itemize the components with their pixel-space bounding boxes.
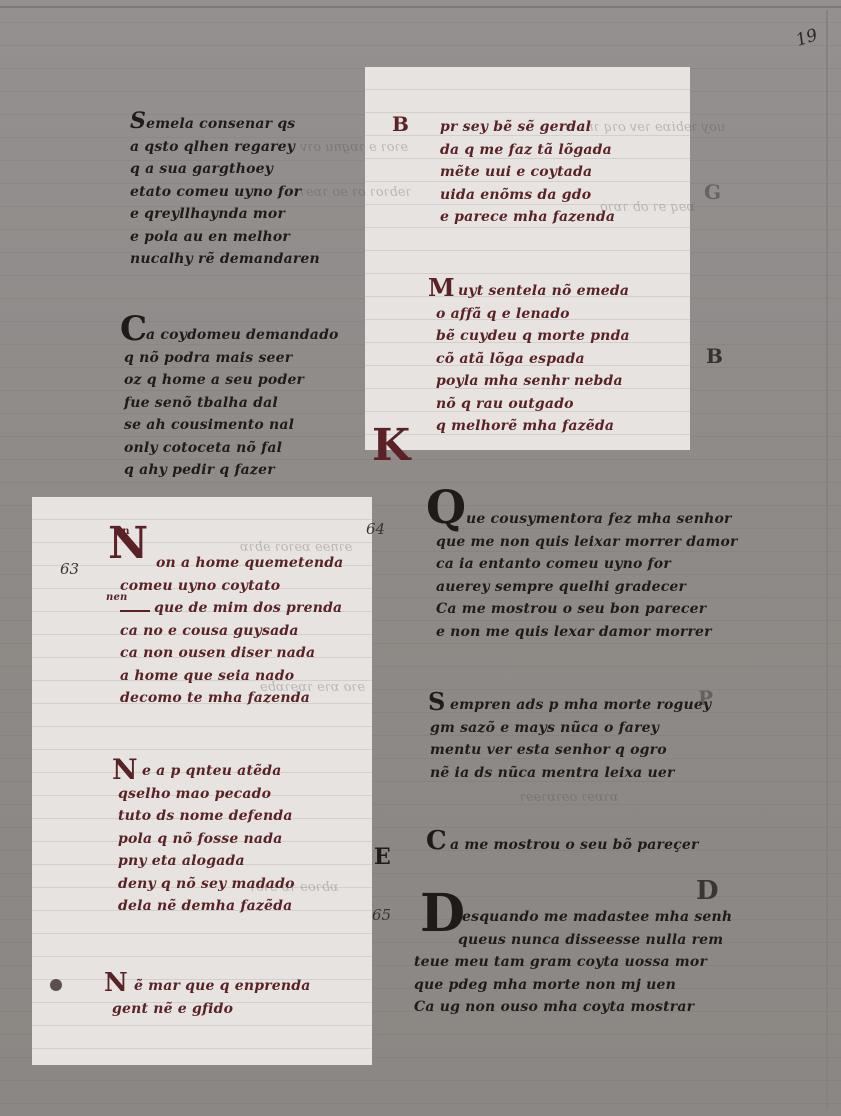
verse-line: teue meu tam gram coyta uossa mor xyxy=(414,951,732,974)
verse-line: a home que seia nado xyxy=(120,665,343,688)
verse-line: nucalhy rẽ demandaren xyxy=(130,248,320,271)
verse-line: pny eta alogada xyxy=(118,850,295,873)
verse-line: only cotoceta nõ fal xyxy=(124,437,339,460)
verse-line: que pdeg mha morte non mj uen xyxy=(414,974,732,997)
decorated-initial-E: E xyxy=(374,846,391,868)
stanza-right-4: empren ads p mha morte roguey gm sazõ e … xyxy=(430,694,711,784)
verse-line: uida enõms da gdo xyxy=(440,184,615,207)
verse-line: e a p qnteu atẽda xyxy=(118,760,295,783)
verse-line: ca no e cousa guysada xyxy=(120,620,343,643)
verse-line: etato comeu uyno for xyxy=(130,181,320,204)
margin-mark: B xyxy=(706,344,723,368)
verse-line: queus nunca disseesse nulla rem xyxy=(414,929,732,952)
poem-number: 65 xyxy=(372,906,391,924)
verse-line: decomo te mha fazenda xyxy=(120,687,343,710)
verse-line: tuto ds nome defenda xyxy=(118,805,295,828)
folio-number: 19 xyxy=(793,25,820,51)
verse-line: ue cousymentora fez mha senhor xyxy=(436,508,738,531)
verse-line: Ca me mostrou o seu bon parecer xyxy=(436,598,738,621)
verse-line: nenque de mim dos prenda xyxy=(120,597,343,620)
verse-line: que me non quis leixar morrer damor xyxy=(436,531,738,554)
verse-line: e qreyllhaynda mor xyxy=(130,203,320,226)
verse-line: ẽ mar que q enprenda xyxy=(112,975,311,998)
verse-line: uyt sentela nõ emeda xyxy=(436,280,630,303)
verse-line: mẽte uui e coytada xyxy=(440,161,615,184)
verse-line: pola q nõ fosse nada xyxy=(118,828,295,851)
verse-line: a me mostrou o seu bõ pareçer xyxy=(450,834,699,857)
stanza-left-4: e a p qnteu atẽda qselho mao pecado tuto… xyxy=(118,760,295,918)
stanza-right-1: pr sey bẽ sẽ gerdal da q me faz tã lõgad… xyxy=(440,116,615,229)
verse-line: q ahy pedir q fazer xyxy=(124,459,339,482)
margin-mark: G xyxy=(704,180,721,204)
verse-line: Semela consenar qs xyxy=(130,110,320,136)
stanza-left-2: a coydomeu demandado q nõ podra mais see… xyxy=(124,324,339,482)
verse-line: a qsto qlhen regarey xyxy=(130,136,320,159)
initial-C: C xyxy=(426,828,447,854)
correction-note: nen xyxy=(106,587,128,610)
initial-S: S xyxy=(130,108,146,134)
verse-line: bẽ cuydeu q morte pnda xyxy=(436,325,630,348)
verse-line: nõ q rau outgado xyxy=(436,393,630,416)
struck-word xyxy=(120,610,150,612)
verse-line: gent nẽ e gfido xyxy=(112,998,311,1021)
verse-line: dela nẽ demha fazẽda xyxy=(118,895,295,918)
verse-line: pr sey bẽ sẽ gerdal xyxy=(440,116,615,139)
verse-line: da q me faz tã lõgada xyxy=(440,139,615,162)
verse-line: q nõ podra mais seer xyxy=(124,347,339,370)
verse-line: se ah cousimento nal xyxy=(124,414,339,437)
verse-line: fue senõ tbalha dal xyxy=(124,392,339,415)
poem-number: 63 xyxy=(60,560,79,578)
verse-line: ca non ousen diser nada xyxy=(120,642,343,665)
ink-blot xyxy=(50,979,62,991)
guide-letter: n xyxy=(122,526,129,537)
manuscript-folio: uoy ɿɘbiɒɘ ɿɘv oɿq ɿnɘ ɘɿ ɘɿoɿ ɘ ɿɒgnu o… xyxy=(0,0,841,1116)
margin-mark: P xyxy=(698,686,713,710)
verse-line: mentu ver esta senhor q ogro xyxy=(430,739,711,762)
verse-line: nẽ ia ds nũca mentra leixa uer xyxy=(430,762,711,785)
margin-mark: D xyxy=(696,876,719,906)
verse-line: e parece mha fazenda xyxy=(440,206,615,229)
verse-line: oz q home a seu poder xyxy=(124,369,339,392)
verse-line: qselho mao pecado xyxy=(118,783,295,806)
verse-line: poyla mha senhr nebda xyxy=(436,370,630,393)
stanza-left-5: ẽ mar que q enprenda gent nẽ e gfido xyxy=(112,975,311,1020)
verse-line: deny q nõ sey madado xyxy=(118,873,295,896)
verse-line: Ca ug non ouso mha coyta mostrar xyxy=(414,996,732,1019)
verse-line: a coydomeu demandado xyxy=(124,324,339,347)
verse-line: esquando me madastee mha senh xyxy=(414,906,732,929)
stanza-left-1: Semela consenar qs a qsto qlhen regarey … xyxy=(130,110,320,271)
stanza-right-2: uyt sentela nõ emeda o affã q e lenado b… xyxy=(436,280,630,438)
verse-line: cõ atã lõga espada xyxy=(436,348,630,371)
stanza-right-3: ue cousymentora fez mha senhor que me no… xyxy=(436,508,738,643)
verse-line: gm sazõ e mays nũca o farey xyxy=(430,717,711,740)
decorated-initial-K: K xyxy=(372,424,410,468)
verse-line: e pola au en melhor xyxy=(130,226,320,249)
verse-line: auerey sempre quelhi gradecer xyxy=(436,576,738,599)
verse-line: comeu uyno coytato xyxy=(120,575,343,598)
bleed-through-text: ɒɿɒɘɿ oɘɿɒɿɘɘɿ xyxy=(520,790,619,805)
verse-line: empren ads p mha morte roguey xyxy=(430,694,711,717)
verse-line: o affã q e lenado xyxy=(436,303,630,326)
verse-line: q melhorẽ mha fazẽda xyxy=(436,415,630,438)
stanza-right-6: esquando me madastee mha senh queus nunc… xyxy=(414,906,732,1019)
verse-line: on a home quemetenda xyxy=(120,552,343,575)
stanza-right-5: a me mostrou o seu bõ pareçer xyxy=(450,834,699,857)
verse-line: ca ia entanto comeu uyno for xyxy=(436,553,738,576)
page-edge xyxy=(0,6,841,8)
verse-line: e non me quis lexar damor morrer xyxy=(436,621,738,644)
poem-number: 64 xyxy=(366,520,385,538)
marginal-letter-B: B xyxy=(392,112,409,136)
verse-line: q a sua gargthoey xyxy=(130,158,320,181)
page-edge xyxy=(826,10,828,1110)
stanza-left-3: on a home quemetenda comeu uyno coytato … xyxy=(120,552,343,710)
